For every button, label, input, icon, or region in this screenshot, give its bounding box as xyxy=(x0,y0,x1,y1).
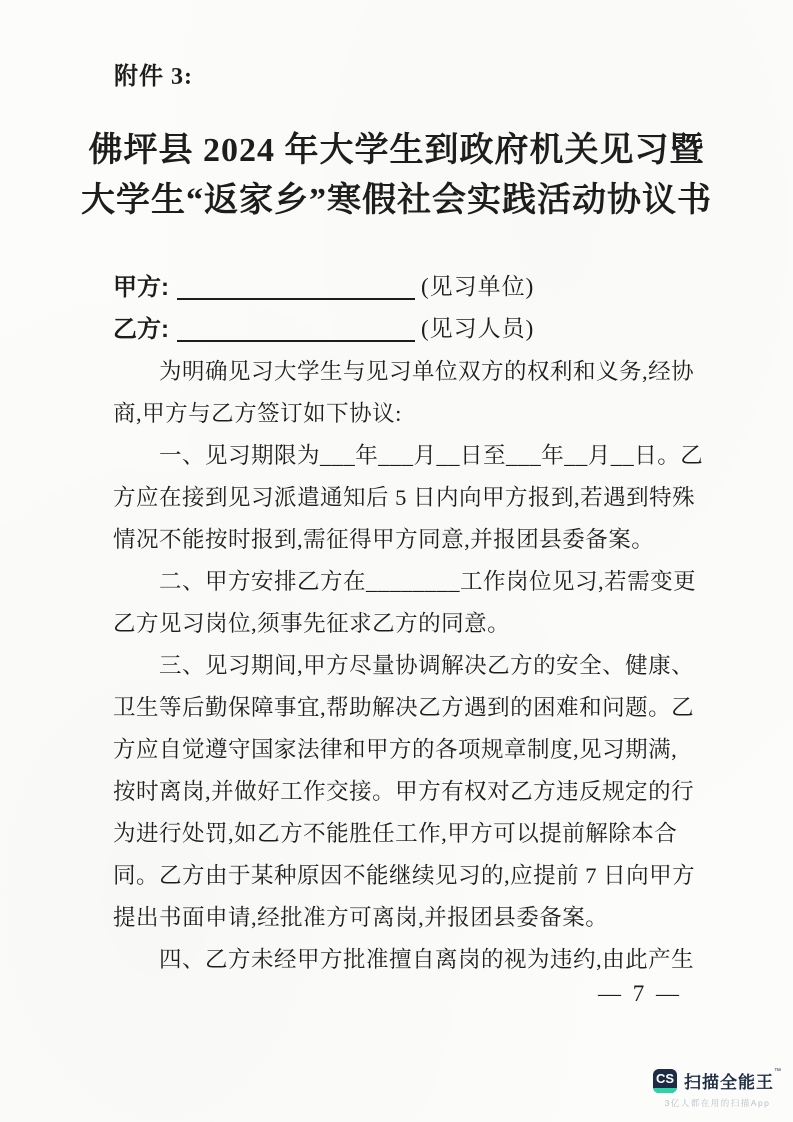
body-line: 方应在接到见习派遣通知后 5 日内向甲方报到,若遇到特殊 xyxy=(113,477,719,519)
body-line: 乙方见习岗位,须事先征求乙方的同意。 xyxy=(113,603,719,645)
body-line: 一、见习期限为___年___月__日至___年__月__日。乙 xyxy=(113,435,719,477)
camscanner-tagline: 3亿人都在用的扫描App xyxy=(653,1097,782,1109)
party-a-row: 甲方: (见习单位) xyxy=(113,261,534,303)
party-b-note: (见习人员) xyxy=(421,313,534,345)
trademark-symbol: ™ xyxy=(774,1068,782,1075)
attachment-label: 附件 3: xyxy=(114,56,193,91)
body-line: 为进行处罚,如乙方不能胜任工作,甲方可以提前解除本合 xyxy=(113,813,719,855)
camscanner-brand: 扫描全能王™ xyxy=(684,1068,782,1093)
body-line: 四、乙方未经甲方批准擅自离岗的视为违约,由此产生 xyxy=(113,939,719,981)
camscanner-icon-letters: CS xyxy=(656,1071,674,1086)
document-title: 佛坪县 2024 年大学生到政府机关见习暨 大学生“返家乡”寒假社会实践活动协议… xyxy=(40,126,753,226)
body-line: 三、见习期间,甲方尽量协调解决乙方的安全、健康、 xyxy=(113,645,719,687)
document-page: 附件 3: 佛坪县 2024 年大学生到政府机关见习暨 大学生“返家乡”寒假社会… xyxy=(0,0,793,1122)
body-line: 情况不能按时报到,需征得甲方同意,并报团县委备案。 xyxy=(113,519,719,561)
body-line: 卫生等后勤保障事宜,帮助解决乙方遇到的困难和问题。乙 xyxy=(113,687,719,729)
party-b-label: 乙方: xyxy=(113,315,169,345)
camscanner-brand-text: 扫描全能王 xyxy=(684,1073,774,1092)
camscanner-icon-accent xyxy=(653,1088,677,1093)
party-a-note: (见习单位) xyxy=(421,271,534,303)
page-number: — 7 — xyxy=(598,981,682,1007)
camscanner-watermark: CS 扫描全能王™ 3亿人都在用的扫描App xyxy=(653,1068,782,1109)
body-line: 商,甲方与乙方签订如下协议: xyxy=(113,393,719,435)
party-b-blank-line xyxy=(177,316,415,342)
body-line: 提出书面申请,经批准方可离岗,并报团县委备案。 xyxy=(113,897,719,939)
parties-block: 甲方: (见习单位) 乙方: (见习人员) xyxy=(113,261,534,345)
body-line: 按时离岗,并做好工作交接。甲方有权对乙方违反规定的行 xyxy=(113,771,719,813)
camscanner-logo-row: CS 扫描全能王™ xyxy=(653,1068,782,1093)
agreement-body: 为明确见习大学生与见习单位双方的权利和义务,经协 商,甲方与乙方签订如下协议: … xyxy=(113,351,719,981)
body-line: 为明确见习大学生与见习单位双方的权利和义务,经协 xyxy=(113,351,719,393)
camscanner-icon: CS xyxy=(653,1069,677,1093)
party-a-label: 甲方: xyxy=(113,273,169,303)
body-line: 方应自觉遵守国家法律和甲方的各项规章制度,见习期满, xyxy=(113,729,719,771)
title-line-1: 佛坪县 2024 年大学生到政府机关见习暨 xyxy=(40,126,753,176)
party-a-blank-line xyxy=(177,274,415,300)
title-line-2: 大学生“返家乡”寒假社会实践活动协议书 xyxy=(40,176,753,226)
party-b-row: 乙方: (见习人员) xyxy=(113,303,534,345)
body-line: 同。乙方由于某种原因不能继续见习的,应提前 7 日向甲方 xyxy=(113,855,719,897)
body-line: 二、甲方安排乙方在________工作岗位见习,若需变更 xyxy=(113,561,719,603)
